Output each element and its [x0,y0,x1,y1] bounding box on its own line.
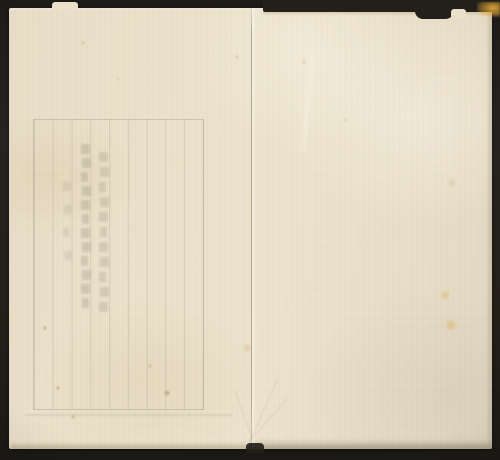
bleedthrough-glyph-smudge [81,228,90,238]
bleedthrough-glyph-smudge [99,272,106,282]
bleedthrough-glyph-smudge [99,302,108,312]
mat-border-notch [415,0,455,19]
bleedthrough-glyph-smudge [63,228,69,237]
bleedthrough-glyph-smudge [81,256,88,266]
fold-highlight [252,8,257,449]
bleedthrough-glyph-smudge [81,172,88,182]
bleedthrough-glyph-smudge [100,257,109,267]
bleedthrough-glyph-smudge [81,144,90,154]
bleedthrough-glyph-smudge [63,182,71,191]
bleedthrough-glyph-smudge [81,284,90,294]
bleedthrough-glyph-smudge [99,242,108,252]
bleedthrough-frame-line [25,414,233,416]
bleedthrough-glyph-smudge [64,205,72,214]
paper-edge-notch-left [52,2,78,11]
book-scan [0,0,500,460]
bleedthrough-glyph-smudge [82,186,91,196]
bleedthrough-glyph-smudge [100,167,109,177]
bleedthrough-glyph-smudge [82,158,91,168]
bleedthrough-glyph-smudge [82,214,89,224]
bleedthrough-column [99,152,108,317]
corner-stain [477,2,500,17]
bleedthrough-glyph-smudge [99,212,108,222]
bleedthrough-column [81,144,90,312]
bleedthrough-glyph-smudge [100,287,109,297]
bleedthrough-glyph-smudge [81,200,90,210]
bleedthrough-glyph-smudge [64,251,72,260]
mat-border-bottom-notch [246,443,264,453]
bleedthrough-glyph-smudge [100,197,109,207]
bleedthrough-glyph-smudge [82,298,89,308]
bleedthrough-glyph-smudge [99,152,108,162]
bleedthrough-glyph-smudge [82,242,91,252]
right-page-bottom-shadow [255,437,492,449]
bleedthrough-glyph-smudge [82,270,91,280]
bleedthrough-column [63,182,71,274]
bleedthrough-glyph-smudge [100,227,107,237]
paper-edge-notch-right [451,9,466,18]
bleedthrough-ruled-grid [33,119,204,410]
bleedthrough-glyph-smudge [99,182,106,192]
